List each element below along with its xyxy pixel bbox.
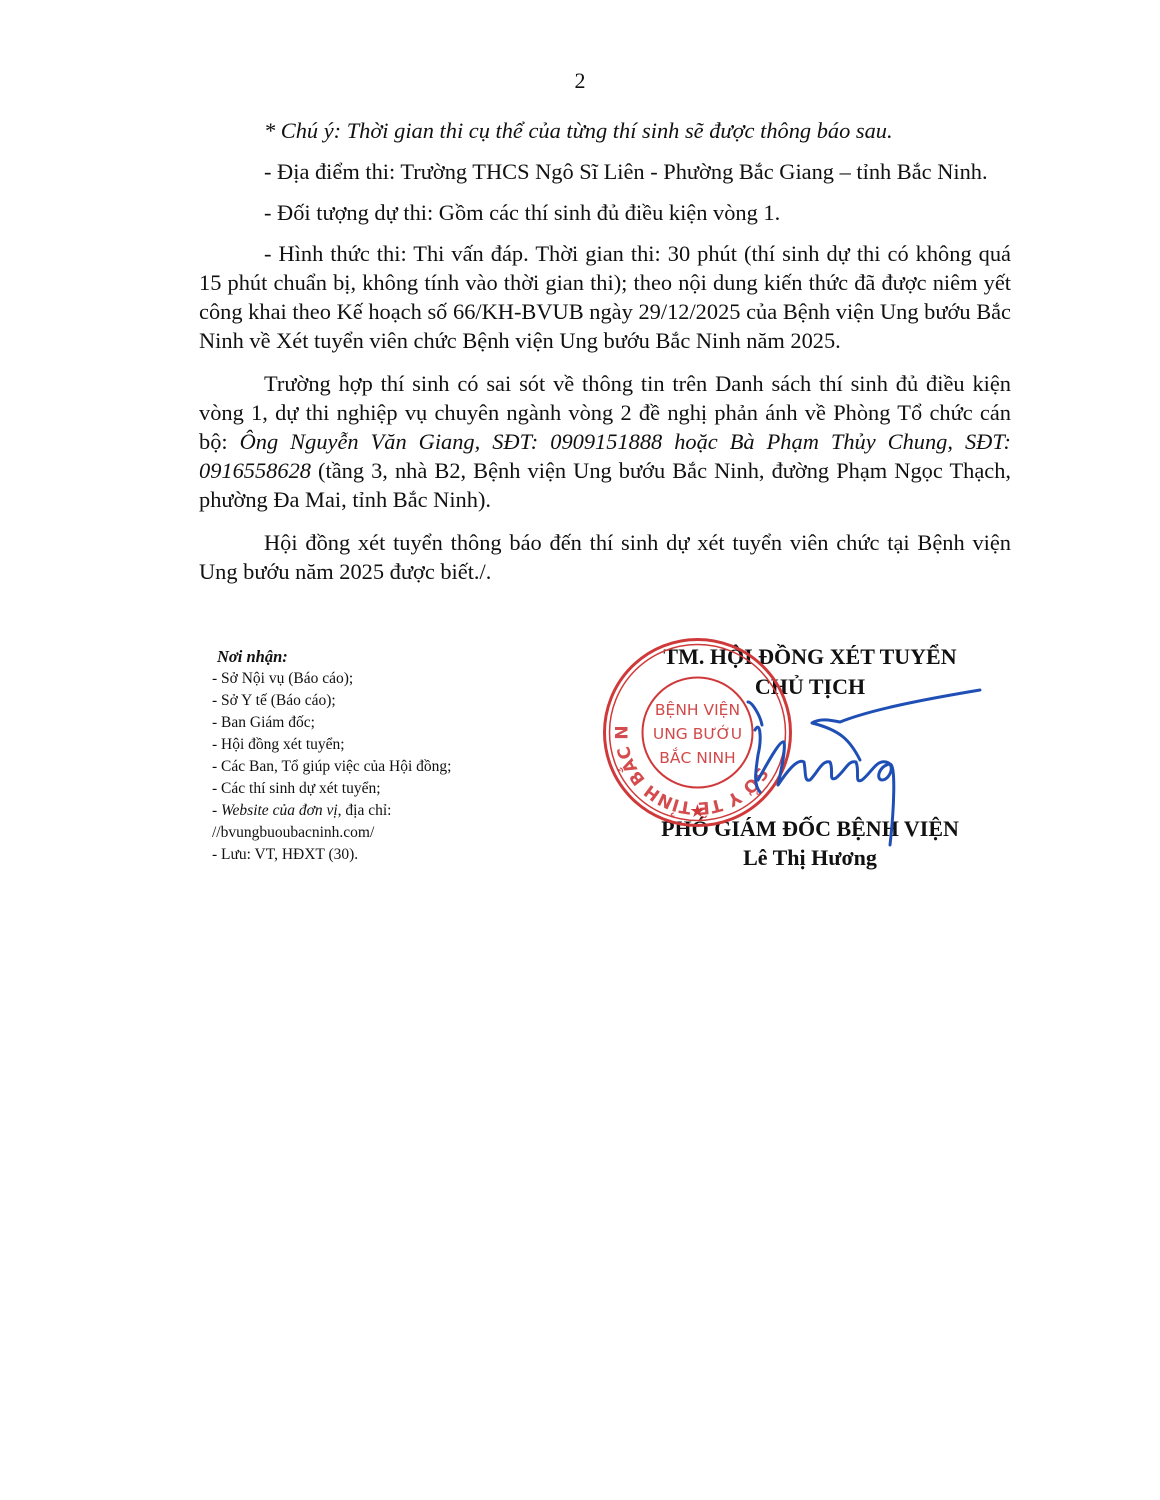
recipient-item: - Hội đồng xét tuyển; xyxy=(212,734,552,756)
closing-paragraph: Hội đồng xét tuyển thông báo đến thí sin… xyxy=(199,528,1011,586)
recipient-website: - Website của đơn vị, địa chỉ: xyxy=(212,800,552,822)
format-paragraph: - Hình thức thi: Thi vấn đáp. Thời gian … xyxy=(199,239,1011,355)
website-label: Website của đơn vị xyxy=(221,802,338,819)
svg-text:BẮC NINH: BẮC NINH xyxy=(659,746,735,767)
signature-authority: TM. HỘI ĐỒNG XÉT TUYỂN xyxy=(600,642,1020,672)
page-number: 2 xyxy=(0,68,1160,94)
signature-block: TM. HỘI ĐỒNG XÉT TUYỂN CHỦ TỊCH PHÓ GIÁM… xyxy=(600,642,1020,702)
recipient-item: - Các Ban, Tổ giúp việc của Hội đồng; xyxy=(212,756,552,778)
recipients-block: Nơi nhận: - Sở Nội vụ (Báo cáo); - Sở Y … xyxy=(212,646,552,866)
svg-text:BỆNH VIỆN: BỆNH VIỆN xyxy=(655,700,740,719)
recipient-item: - Sở Y tế (Báo cáo); xyxy=(212,690,552,712)
signer-name: Lê Thị Hương xyxy=(600,843,1020,873)
recipient-item: - Sở Nội vụ (Báo cáo); xyxy=(212,668,552,690)
note-paragraph: * Chú ý: Thời gian thi cụ thể của từng t… xyxy=(199,116,1011,145)
subjects-paragraph: - Đối tượng dự thi: Gồm các thí sinh đủ … xyxy=(199,198,1011,227)
recipient-item: - Ban Giám đốc; xyxy=(212,712,552,734)
svg-text:UNG BƯỚU: UNG BƯỚU xyxy=(653,724,742,743)
recipient-item: - Các thí sinh dự xét tuyển; xyxy=(212,778,552,800)
website-url[interactable]: //bvungbuoubacninh.com/ xyxy=(212,822,552,844)
office-address: (tầng 3, nhà B2, Bệnh viện Ung bướu Bắc … xyxy=(199,458,1011,512)
archive-note: - Lưu: VT, HĐXT (30). xyxy=(212,844,552,866)
signer-position: PHÓ GIÁM ĐỐC BỆNH VIỆN xyxy=(600,814,1020,844)
recipients-title: Nơi nhận: xyxy=(217,646,552,668)
document-body: * Chú ý: Thời gian thi cụ thể của từng t… xyxy=(199,116,1011,598)
signature-role: CHỦ TỊCH xyxy=(600,672,1020,702)
errors-paragraph: Trường hợp thí sinh có sai sót về thông … xyxy=(199,369,1011,514)
location-paragraph: - Địa điểm thi: Trường THCS Ngô Sĩ Liên … xyxy=(199,157,1011,186)
